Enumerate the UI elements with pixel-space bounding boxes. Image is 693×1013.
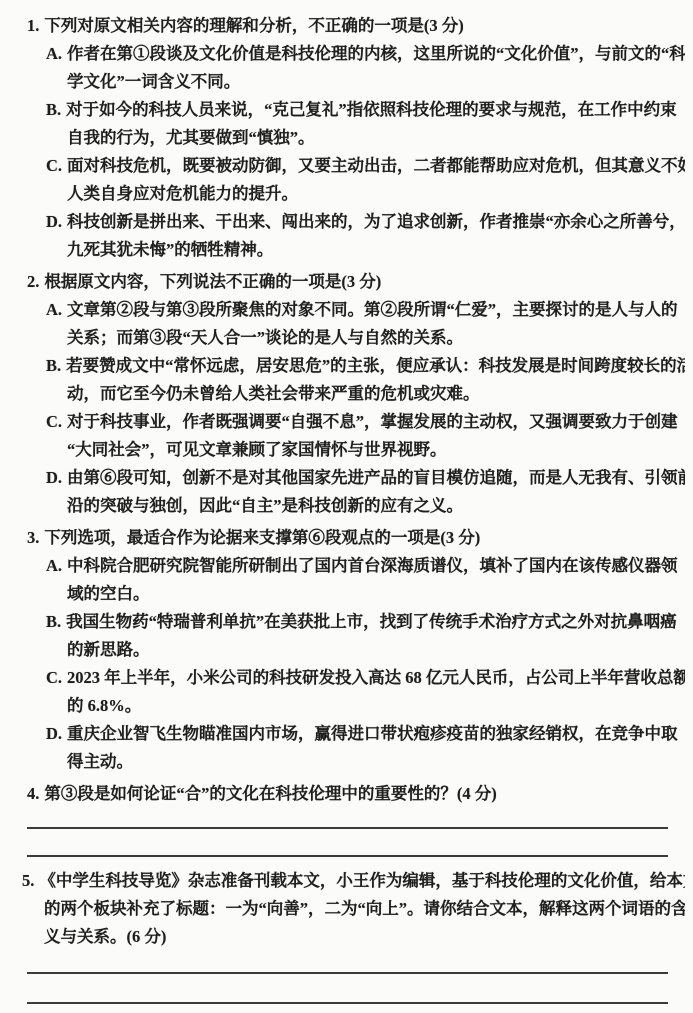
option-c-text: 面对科技危机，既要被动防御，又要主动出击，二者都能帮助应对危机，但其意义不如: [67, 156, 685, 175]
option-c-label: C.: [46, 156, 62, 175]
option-d-text: 科技创新是拼出来、干出来、闯出来的，为了追求创新，作者推崇“亦余心之所善兮，虽: [67, 212, 685, 231]
answer-blank-line: [27, 855, 668, 857]
question-2-stem-text: 根据原文内容，下列说法不正确的一项是(3 分): [44, 272, 381, 291]
question-1-option-d: D.科技创新是拼出来、干出来、闯出来的，为了追求创新，作者推崇“亦余心之所善兮，…: [10, 208, 685, 236]
question-5-number: 5.: [22, 871, 34, 890]
option-d-label: D.: [46, 468, 62, 487]
option-b-text: 对于如今的科技人员来说，“克己复礼”指依照科技伦理的要求与规范，在工作中约束: [66, 100, 677, 119]
option-c-text: 2023 年上半年，小米公司的科技研发投入高达 68 亿元人民币，占公司上半年营…: [67, 668, 685, 687]
option-a-label: A.: [46, 44, 62, 63]
question-4-stem-text: 第③段是如何论证“合”的文化在科技伦理中的重要性的？(4 分): [44, 784, 496, 803]
question-4-number: 4.: [27, 784, 39, 803]
question-2-number: 2.: [27, 272, 39, 291]
question-4-stem: 4.第③段是如何论证“合”的文化在科技伦理中的重要性的？(4 分): [10, 780, 685, 808]
question-5-stem-text: 《中学生科技导览》杂志准备刊载本文，小王作为编辑，基于科技伦理的文化价值，给本文: [39, 871, 685, 890]
question-5-stem-continuation: 的两个板块补充了标题：一为“向善”，二为“向上”。请你结合文本，解释这两个词语的…: [10, 895, 685, 923]
option-c-label: C.: [46, 412, 62, 431]
question-2-stem: 2.根据原文内容，下列说法不正确的一项是(3 分): [10, 268, 685, 296]
question-3-option-a-continuation: 域的空白。: [10, 580, 685, 608]
question-2-option-a-continuation: 关系；而第③段“天人合一”谈论的是人与自然的关系。: [10, 324, 685, 352]
question-2: 2.根据原文内容，下列说法不正确的一项是(3 分) A.文章第②段与第③段所聚焦…: [10, 268, 685, 520]
question-3-stem-text: 下列选项，最适合作为论据来支撑第⑥段观点的一项是(3 分): [44, 528, 480, 547]
question-3-option-b-continuation: 的新思路。: [10, 636, 685, 664]
option-c-text: 对于科技事业，作者既强调要“自强不息”，掌握发展的主动权，又强调要致力于创建: [67, 412, 678, 431]
option-c-label: C.: [46, 668, 62, 687]
question-3-option-d-continuation: 得主动。: [10, 748, 685, 776]
answer-blank-line: [27, 827, 668, 829]
question-3-option-c-continuation: 的 6.8%。: [10, 692, 685, 720]
question-2-option-a: A.文章第②段与第③段所聚焦的对象不同。第②段所谓“仁爱”，主要探讨的是人与人的: [10, 296, 685, 324]
question-1-option-b-continuation: 自我的行为，尤其要做到“慎独”。: [10, 124, 685, 152]
option-b-text: 我国生物药“特瑞普利单抗”在美获批上市，找到了传统手术治疗方式之外对抗鼻咽癌: [66, 612, 677, 631]
question-1-number: 1.: [27, 16, 39, 35]
question-3: 3.下列选项，最适合作为论据来支撑第⑥段观点的一项是(3 分) A.中科院合肥研…: [10, 524, 685, 776]
option-a-text: 中科院合肥研究院智能所研制出了国内首台深海质谱仪，填补了国内在该传感仪器领: [67, 556, 678, 575]
option-a-label: A.: [46, 300, 62, 319]
question-1-option-a-continuation: 学文化”一词含义不同。: [10, 68, 685, 96]
question-1: 1.下列对原文相关内容的理解和分析，不正确的一项是(3 分) A.作者在第①段谈…: [10, 12, 685, 264]
option-d-text: 重庆企业智飞生物瞄准国内市场，赢得进口带状疱疹疫苗的独家经销权，在竞争中取: [67, 724, 678, 743]
option-a-text: 文章第②段与第③段所聚焦的对象不同。第②段所谓“仁爱”，主要探讨的是人与人的: [67, 300, 678, 319]
question-3-stem: 3.下列选项，最适合作为论据来支撑第⑥段观点的一项是(3 分): [10, 524, 685, 552]
question-2-option-d: D.由第⑥段可知，创新不是对其他国家先进产品的盲目模仿追随，而是人无我有、引领前: [10, 464, 685, 492]
answer-blank-line: [27, 1002, 668, 1004]
exam-document: 1.下列对原文相关内容的理解和分析，不正确的一项是(3 分) A.作者在第①段谈…: [0, 0, 693, 1004]
question-5: 5.《中学生科技导览》杂志准备刊载本文，小王作为编辑，基于科技伦理的文化价值，给…: [10, 867, 685, 1004]
question-2-option-b: B.若要赞成文中“常怀远虑，居安思危”的主张，便应承认：科技发展是时间跨度较长的…: [10, 352, 685, 380]
question-1-stem: 1.下列对原文相关内容的理解和分析，不正确的一项是(3 分): [10, 12, 685, 40]
question-1-option-d-continuation: 九死其犹未悔”的牺牲精神。: [10, 236, 685, 264]
option-d-label: D.: [46, 212, 62, 231]
question-3-option-d: D.重庆企业智飞生物瞄准国内市场，赢得进口带状疱疹疫苗的独家经销权，在竞争中取: [10, 720, 685, 748]
option-d-label: D.: [46, 724, 62, 743]
question-5-stem-continuation: 义与关系。(6 分): [10, 923, 685, 951]
question-2-option-b-continuation: 动，而它至今仍未曾给人类社会带来严重的危机或灾难。: [10, 380, 685, 408]
question-2-option-c-continuation: “大同社会”，可见文章兼顾了家国情怀与世界视野。: [10, 436, 685, 464]
question-1-stem-text: 下列对原文相关内容的理解和分析，不正确的一项是(3 分): [44, 16, 463, 35]
option-b-label: B.: [46, 100, 61, 119]
option-b-label: B.: [46, 612, 61, 631]
question-1-option-c-continuation: 人类自身应对危机能力的提升。: [10, 180, 685, 208]
question-1-option-b: B.对于如今的科技人员来说，“克己复礼”指依照科技伦理的要求与规范，在工作中约束: [10, 96, 685, 124]
question-5-stem: 5.《中学生科技导览》杂志准备刊载本文，小王作为编辑，基于科技伦理的文化价值，给…: [10, 867, 685, 895]
question-3-option-a: A.中科院合肥研究院智能所研制出了国内首台深海质谱仪，填补了国内在该传感仪器领: [10, 552, 685, 580]
answer-blank-line: [27, 972, 668, 974]
question-1-option-c: C.面对科技危机，既要被动防御，又要主动出击，二者都能帮助应对危机，但其意义不如: [10, 152, 685, 180]
question-2-option-c: C.对于科技事业，作者既强调要“自强不息”，掌握发展的主动权，又强调要致力于创建: [10, 408, 685, 436]
option-b-text: 若要赞成文中“常怀远虑，居安思危”的主张，便应承认：科技发展是时间跨度较长的活: [66, 356, 685, 375]
option-d-text: 由第⑥段可知，创新不是对其他国家先进产品的盲目模仿追随，而是人无我有、引领前: [67, 468, 685, 487]
question-1-option-a: A.作者在第①段谈及文化价值是科技伦理的内核，这里所说的“文化价值”，与前文的“…: [10, 40, 685, 68]
question-3-option-c: C.2023 年上半年，小米公司的科技研发投入高达 68 亿元人民币，占公司上半…: [10, 664, 685, 692]
question-2-option-d-continuation: 沿的突破与独创，因此“自主”是科技创新的应有之义。: [10, 492, 685, 520]
question-3-option-b: B.我国生物药“特瑞普利单抗”在美获批上市，找到了传统手术治疗方式之外对抗鼻咽癌: [10, 608, 685, 636]
question-4: 4.第③段是如何论证“合”的文化在科技伦理中的重要性的？(4 分): [10, 780, 685, 857]
question-3-number: 3.: [27, 528, 39, 547]
option-b-label: B.: [46, 356, 61, 375]
option-a-text: 作者在第①段谈及文化价值是科技伦理的内核，这里所说的“文化价值”，与前文的“科: [67, 44, 685, 63]
option-a-label: A.: [46, 556, 62, 575]
